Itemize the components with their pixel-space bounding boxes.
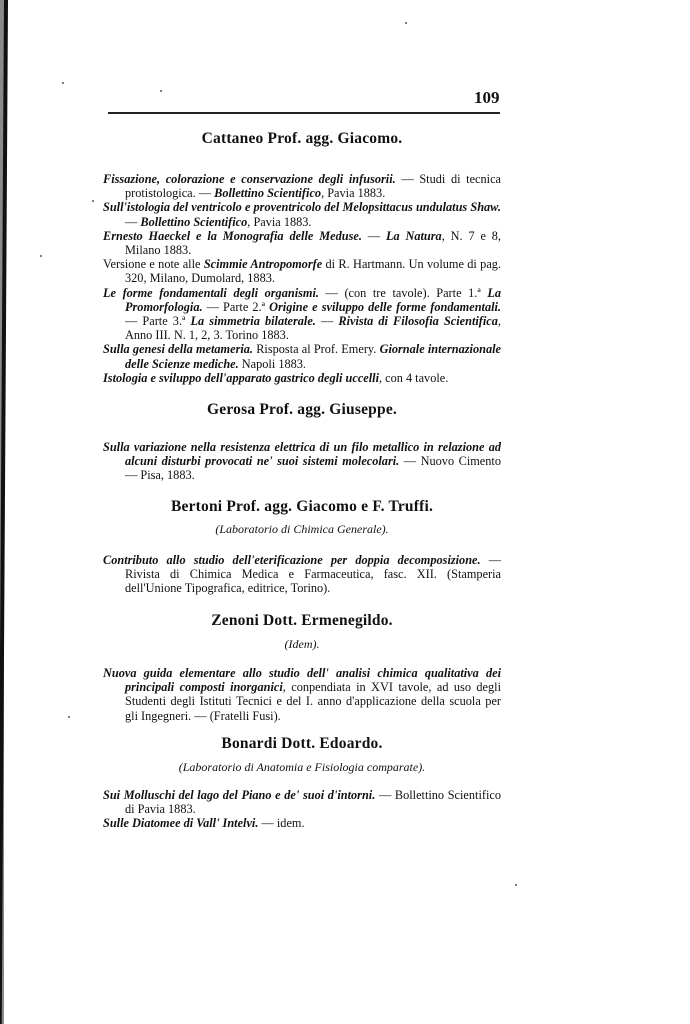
page-number: 109 bbox=[474, 88, 500, 108]
publication-title: Le forme fondamentali degli organismi. bbox=[103, 286, 319, 300]
publication-details: Versione e note alle bbox=[103, 257, 204, 271]
laboratory-subtitle: (Laboratorio di Anatomia e Fisiologia co… bbox=[103, 760, 501, 774]
author-heading: Zenoni Dott. Ermenegildo. bbox=[103, 614, 501, 628]
publication-title: Fissazione, colorazione e conservazione … bbox=[103, 172, 396, 186]
publication-title: La simmetria bilaterale. bbox=[191, 314, 316, 328]
scan-speck bbox=[40, 255, 42, 257]
publication-details: — bbox=[316, 314, 339, 328]
publication-details: — bbox=[125, 215, 140, 229]
publication-details: , con 4 tavole. bbox=[379, 371, 448, 385]
author-heading: Gerosa Prof. agg. Giuseppe. bbox=[103, 403, 501, 417]
publication-entry: Le forme fondamentali degli organismi. —… bbox=[103, 286, 501, 343]
publication-list: Contributo allo studio dell'eterificazio… bbox=[103, 553, 501, 596]
publication-title: Bollettino Scientifico bbox=[140, 215, 247, 229]
publication-details: — (con tre tavole). Parte 1.ª bbox=[319, 286, 487, 300]
publication-details: — Parte 3.ª bbox=[125, 314, 191, 328]
publication-entry: Nuova guida elementare allo studio dell'… bbox=[103, 666, 501, 723]
publication-list: Sulla variazione nella resistenza elettr… bbox=[103, 440, 501, 483]
publication-list: Fissazione, colorazione e conservazione … bbox=[103, 172, 501, 385]
laboratory-subtitle: (Idem). bbox=[103, 637, 501, 651]
header-rule bbox=[108, 112, 500, 114]
publication-entry: Sull'istologia del ventricolo e proventr… bbox=[103, 200, 501, 228]
publication-entry: Versione e note alle Scimmie Antropomorf… bbox=[103, 257, 501, 285]
publication-title: La Natura bbox=[386, 229, 442, 243]
publication-details: — idem. bbox=[258, 816, 304, 830]
scan-speck bbox=[62, 82, 64, 84]
publication-list: Sui Molluschi del lago del Piano e de' s… bbox=[103, 788, 501, 831]
publication-title: Contributo allo studio dell'eterificazio… bbox=[103, 553, 481, 567]
publication-details: — bbox=[362, 229, 386, 243]
scan-speck bbox=[515, 884, 517, 886]
publication-title: Bollettino Scientifico bbox=[214, 186, 321, 200]
scan-speck bbox=[68, 716, 70, 718]
publication-title: Sui Molluschi del lago del Piano e de' s… bbox=[103, 788, 375, 802]
publication-entry: Istologia e sviluppo dell'apparato gastr… bbox=[103, 371, 501, 385]
publication-title: Rivista di Filosofia Scientifica bbox=[338, 314, 498, 328]
publication-details: — Parte 2.ª bbox=[203, 300, 270, 314]
publication-title: Ernesto Haeckel e la Monografia delle Me… bbox=[103, 229, 362, 243]
scan-speck bbox=[92, 200, 94, 202]
publication-details: , Pavia 1883. bbox=[247, 215, 311, 229]
publication-list: Nuova guida elementare allo studio dell'… bbox=[103, 666, 501, 723]
publication-entry: Sulla genesi della metameria. Risposta a… bbox=[103, 342, 501, 370]
publication-entry: Sulle Diatomee di Vall' Intelvi. — idem. bbox=[103, 816, 501, 830]
publication-title: Origine e sviluppo delle forme fondament… bbox=[269, 300, 501, 314]
publication-details: Napoli 1883. bbox=[239, 357, 306, 371]
publication-title: Scimmie Antropomorfe bbox=[204, 257, 322, 271]
publication-title: Sulla genesi della metameria. bbox=[103, 342, 253, 356]
author-heading: Bonardi Dott. Edoardo. bbox=[103, 737, 501, 751]
publication-title: Sulle Diatomee di Vall' Intelvi. bbox=[103, 816, 258, 830]
publication-entry: Sulla variazione nella resistenza elettr… bbox=[103, 440, 501, 483]
scan-speck bbox=[160, 90, 162, 92]
author-heading: Bertoni Prof. agg. Giacomo e F. Truffi. bbox=[103, 500, 501, 514]
publication-entry: Fissazione, colorazione e conservazione … bbox=[103, 172, 501, 200]
publication-title: Sull'istologia del ventricolo e proventr… bbox=[103, 200, 501, 214]
publication-entry: Sui Molluschi del lago del Piano e de' s… bbox=[103, 788, 501, 816]
publication-title: Istologia e sviluppo dell'apparato gastr… bbox=[103, 371, 379, 385]
publication-details: , Pavia 1883. bbox=[321, 186, 385, 200]
publication-entry: Ernesto Haeckel e la Monografia delle Me… bbox=[103, 229, 501, 257]
publication-details: Risposta al Prof. Emery. bbox=[253, 342, 380, 356]
publication-entry: Contributo allo studio dell'eterificazio… bbox=[103, 553, 501, 596]
laboratory-subtitle: (Laboratorio di Chimica Generale). bbox=[103, 522, 501, 536]
author-heading: Cattaneo Prof. agg. Giacomo. bbox=[103, 132, 501, 146]
scan-speck bbox=[405, 22, 407, 24]
